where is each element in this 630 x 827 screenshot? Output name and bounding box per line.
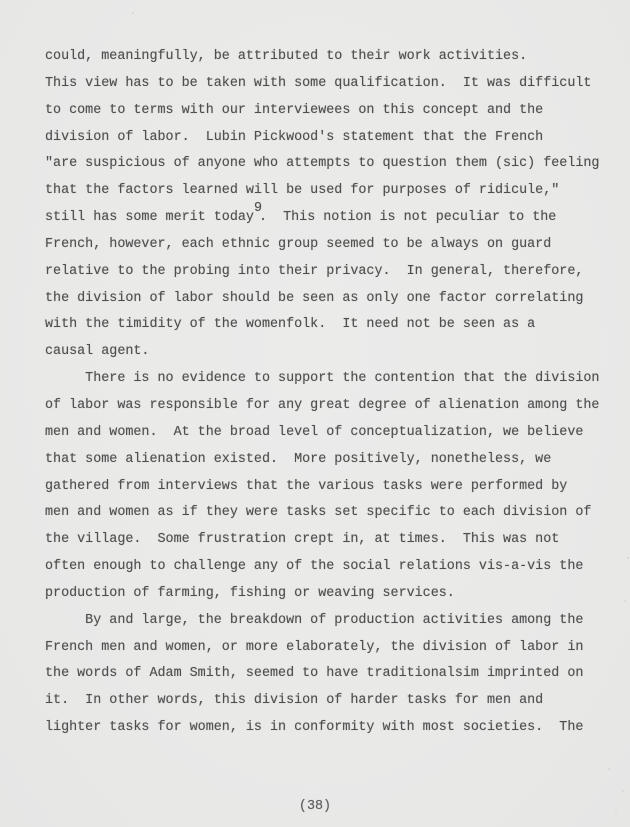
typed-text: French, however, each ethnic group seeme… — [45, 237, 551, 252]
typed-text: it. In other words, this division of har… — [45, 693, 543, 708]
typed-text: By and large, the breakdown of productio… — [45, 613, 583, 628]
typed-text: causal agent. — [45, 344, 149, 359]
typed-text: gathered from interviews that the variou… — [45, 479, 567, 494]
typed-line: men and women as if they were tasks set … — [45, 500, 620, 527]
typed-line: still has some merit today9. This notion… — [45, 205, 620, 232]
typed-text: that some alienation existed. More posit… — [45, 452, 551, 467]
typed-line: French men and women, or more elaboratel… — [45, 635, 620, 662]
typed-line: that some alienation existed. More posit… — [45, 447, 620, 474]
typed-text: This view has to be taken with some qual… — [45, 76, 591, 91]
typed-text: that the factors learned will be used fo… — [45, 183, 559, 198]
typed-line: the division of labor should be seen as … — [45, 286, 620, 313]
typed-line: French, however, each ethnic group seeme… — [45, 232, 620, 259]
document-page: could, meaningfully, be attributed to th… — [0, 0, 630, 827]
typed-line: it. In other words, this division of har… — [45, 688, 620, 715]
typed-line: of labor was responsible for any great d… — [45, 393, 620, 420]
footnote-superscript: 9 — [254, 201, 262, 216]
typed-text-body: could, meaningfully, be attributed to th… — [45, 44, 620, 742]
typed-text: men and women. At the broad level of con… — [45, 425, 583, 440]
typed-line: "are suspicious of anyone who attempts t… — [45, 151, 620, 178]
typed-text: often enough to challenge any of the soc… — [45, 559, 583, 574]
typed-line: that the factors learned will be used fo… — [45, 178, 620, 205]
typed-text: . This notion is not peculiar to the — [259, 210, 556, 225]
scan-speck — [615, 812, 617, 814]
scan-speck — [624, 600, 626, 602]
typed-line: men and women. At the broad level of con… — [45, 420, 620, 447]
scan-speck — [608, 768, 610, 770]
typed-text: the division of labor should be seen as … — [45, 291, 583, 306]
typed-line: lighter tasks for women, is in conformit… — [45, 715, 620, 742]
page-number: (38) — [0, 799, 630, 814]
typed-line: gathered from interviews that the variou… — [45, 474, 620, 501]
typed-text: men and women as if they were tasks set … — [45, 505, 591, 520]
typed-line: the village. Some frustration crept in, … — [45, 527, 620, 554]
typed-line: could, meaningfully, be attributed to th… — [45, 44, 620, 71]
typed-text: French men and women, or more elaboratel… — [45, 640, 583, 655]
typed-text: division of labor. Lubin Pickwood's stat… — [45, 130, 543, 145]
typed-text: "are suspicious of anyone who attempts t… — [45, 156, 599, 171]
typed-line: to come to terms with our interviewees o… — [45, 98, 620, 125]
typed-text: production of farming, fishing or weavin… — [45, 586, 455, 601]
typed-line: production of farming, fishing or weavin… — [45, 581, 620, 608]
typed-line: This view has to be taken with some qual… — [45, 71, 620, 98]
typed-text: There is no evidence to support the cont… — [45, 371, 599, 386]
typed-text: relative to the probing into their priva… — [45, 264, 583, 279]
scan-speck — [622, 790, 624, 792]
typed-text: could, meaningfully, be attributed to th… — [45, 49, 527, 64]
typed-line: There is no evidence to support the cont… — [45, 366, 620, 393]
typed-text: the village. Some frustration crept in, … — [45, 532, 559, 547]
typed-text: lighter tasks for women, is in conformit… — [45, 720, 583, 735]
typed-line: with the timidity of the womenfolk. It n… — [45, 312, 620, 339]
typed-text: still has some merit today — [45, 210, 254, 225]
scan-speck — [627, 557, 629, 559]
typed-line: relative to the probing into their priva… — [45, 259, 620, 286]
typed-line: division of labor. Lubin Pickwood's stat… — [45, 125, 620, 152]
typed-line: the words of Adam Smith, seemed to have … — [45, 661, 620, 688]
typed-line: causal agent. — [45, 339, 620, 366]
typed-text: the words of Adam Smith, seemed to have … — [45, 666, 583, 681]
typed-text: of labor was responsible for any great d… — [45, 398, 599, 413]
typed-line: often enough to challenge any of the soc… — [45, 554, 620, 581]
typed-text: with the timidity of the womenfolk. It n… — [45, 317, 535, 332]
typed-text: to come to terms with our interviewees o… — [45, 103, 543, 118]
typed-line: By and large, the breakdown of productio… — [45, 608, 620, 635]
scan-speck — [132, 12, 134, 14]
